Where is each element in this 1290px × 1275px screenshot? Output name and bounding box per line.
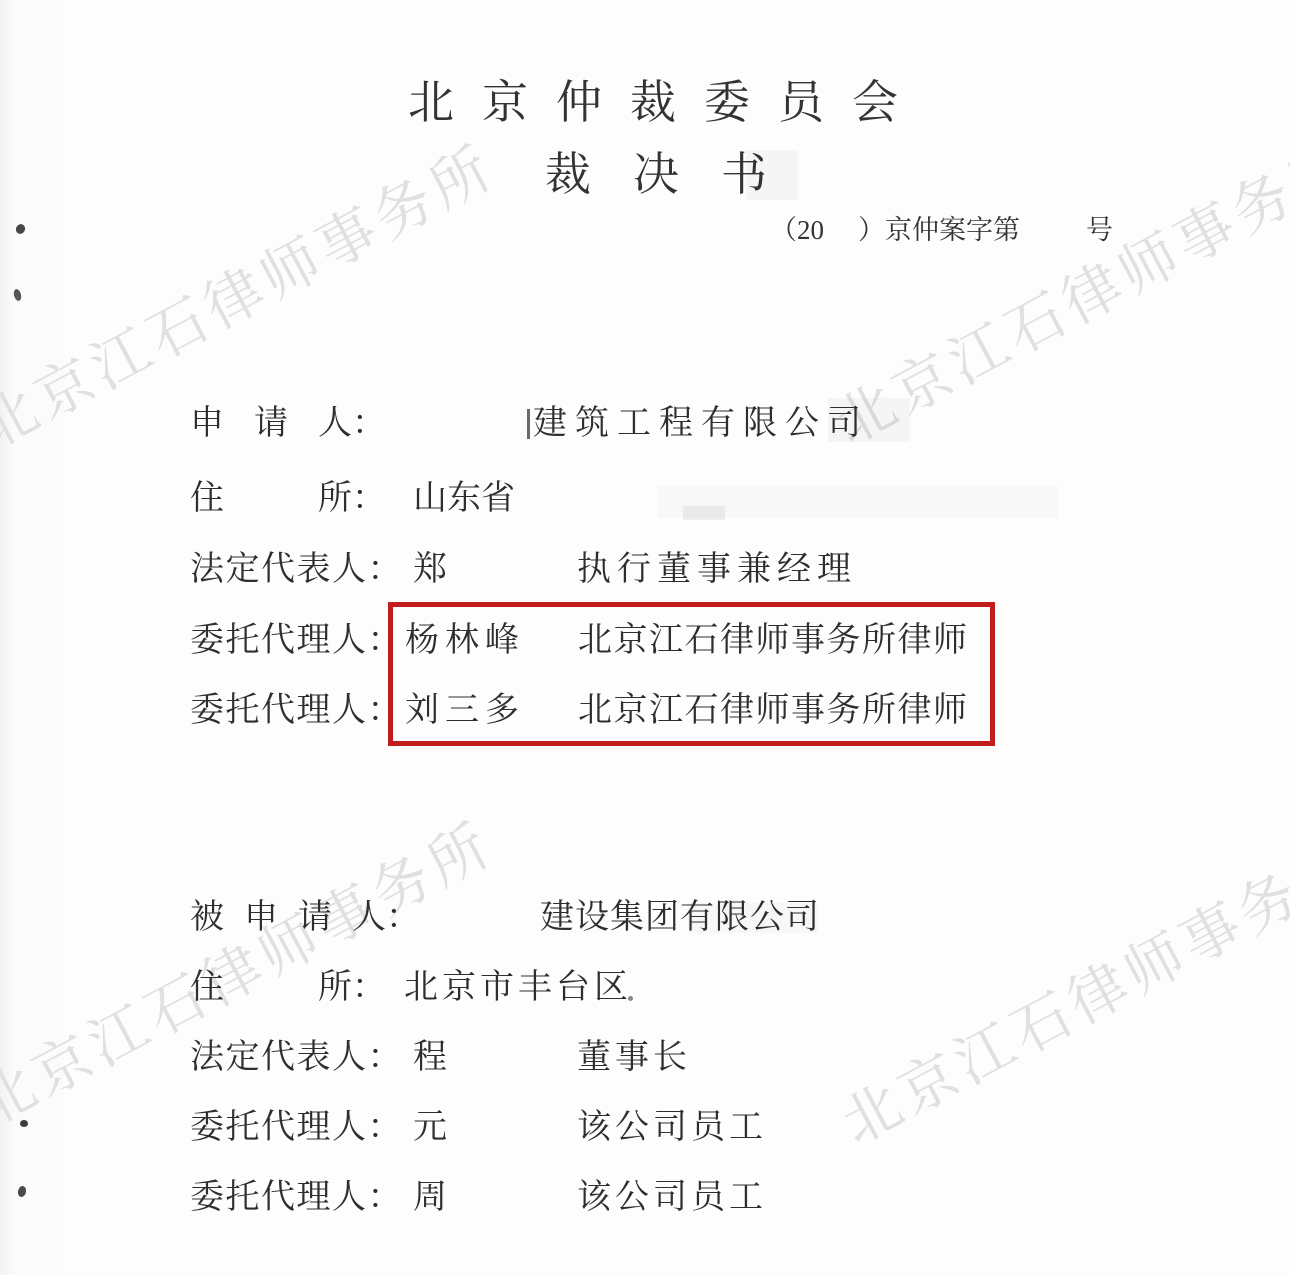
row-label: 被 申 请 人： <box>190 898 420 938</box>
court-title: 北京仲裁委员会 <box>408 66 926 132</box>
respondent-agent-row-1: 委托代理人： 元 该公司员工 <box>0 1108 1290 1148</box>
scan-dot-artifact <box>628 996 633 1001</box>
respondent-address: 北京市丰台区 <box>404 968 632 1008</box>
legal-rep-name: 程 <box>413 1038 447 1078</box>
case-number-middle: ）京仲案字第 <box>858 212 1020 248</box>
row-label: 法定代表人： <box>190 550 403 590</box>
respondent-agent-row-2: 委托代理人： 周 该公司员工 <box>0 1178 1290 1218</box>
redaction-artifact <box>527 409 530 439</box>
doc-type-title: 裁决书 <box>545 138 809 204</box>
applicant-agent-row-2: 委托代理人： 刘三多 北京江石律师事务所律师 <box>0 691 1290 731</box>
applicant-address: 山东省 <box>413 479 515 519</box>
agent-firm: 北京江石律师事务所律师 <box>578 621 969 661</box>
respondent-address-row: 住 所： 北京市丰台区 <box>0 968 1290 1008</box>
applicant-legal-rep-row: 法定代表人： 郑 执行董事兼经理 <box>0 550 1290 590</box>
agent-title: 该公司员工 <box>577 1178 767 1218</box>
agent-firm: 北京江石律师事务所律师 <box>578 691 969 731</box>
case-number-open: （20 <box>770 212 824 248</box>
row-label: 住 所： <box>190 479 386 519</box>
row-label: 申 请 人： <box>190 404 386 444</box>
row-label: 法定代表人： <box>190 1038 403 1078</box>
respondent-company: 建设集团有限公司 <box>540 898 820 938</box>
legal-rep-name: 郑 <box>413 550 447 590</box>
applicant-address-row: 住 所： 山东省 <box>0 479 1290 519</box>
applicant-name-row: 申 请 人： 建筑工程有限公司 <box>0 404 1290 444</box>
applicant-agent-row-1: 委托代理人： 杨林峰 北京江石律师事务所律师 <box>0 621 1290 661</box>
row-label: 委托代理人： <box>190 1108 403 1148</box>
respondent-name-row: 被 申 请 人： 建设集团有限公司 <box>0 898 1290 938</box>
agent-name: 杨林峰 <box>405 621 525 661</box>
applicant-company: 建筑工程有限公司 <box>533 404 869 444</box>
agent-title: 该公司员工 <box>577 1108 767 1148</box>
row-label: 住 所： <box>190 968 386 1008</box>
arbitration-award-document: 北京江石律师事务所 北京江石律师事务所 北京江石律师事务所 北京江石律师事务所 … <box>0 0 1290 1275</box>
legal-rep-title: 董事长 <box>577 1038 691 1078</box>
legal-rep-title: 执行董事兼经理 <box>577 550 857 590</box>
row-label: 委托代理人： <box>190 621 403 661</box>
case-number-suffix: 号 <box>1086 212 1113 248</box>
row-label: 委托代理人： <box>190 1178 403 1218</box>
case-number-line: （20 ）京仲案字第 号 <box>0 212 1290 248</box>
agent-name: 刘三多 <box>405 691 525 731</box>
row-label: 委托代理人： <box>190 691 403 731</box>
agent-name: 周 <box>413 1178 447 1218</box>
agent-name: 元 <box>413 1108 447 1148</box>
respondent-legal-rep-row: 法定代表人： 程 董事长 <box>0 1038 1290 1078</box>
